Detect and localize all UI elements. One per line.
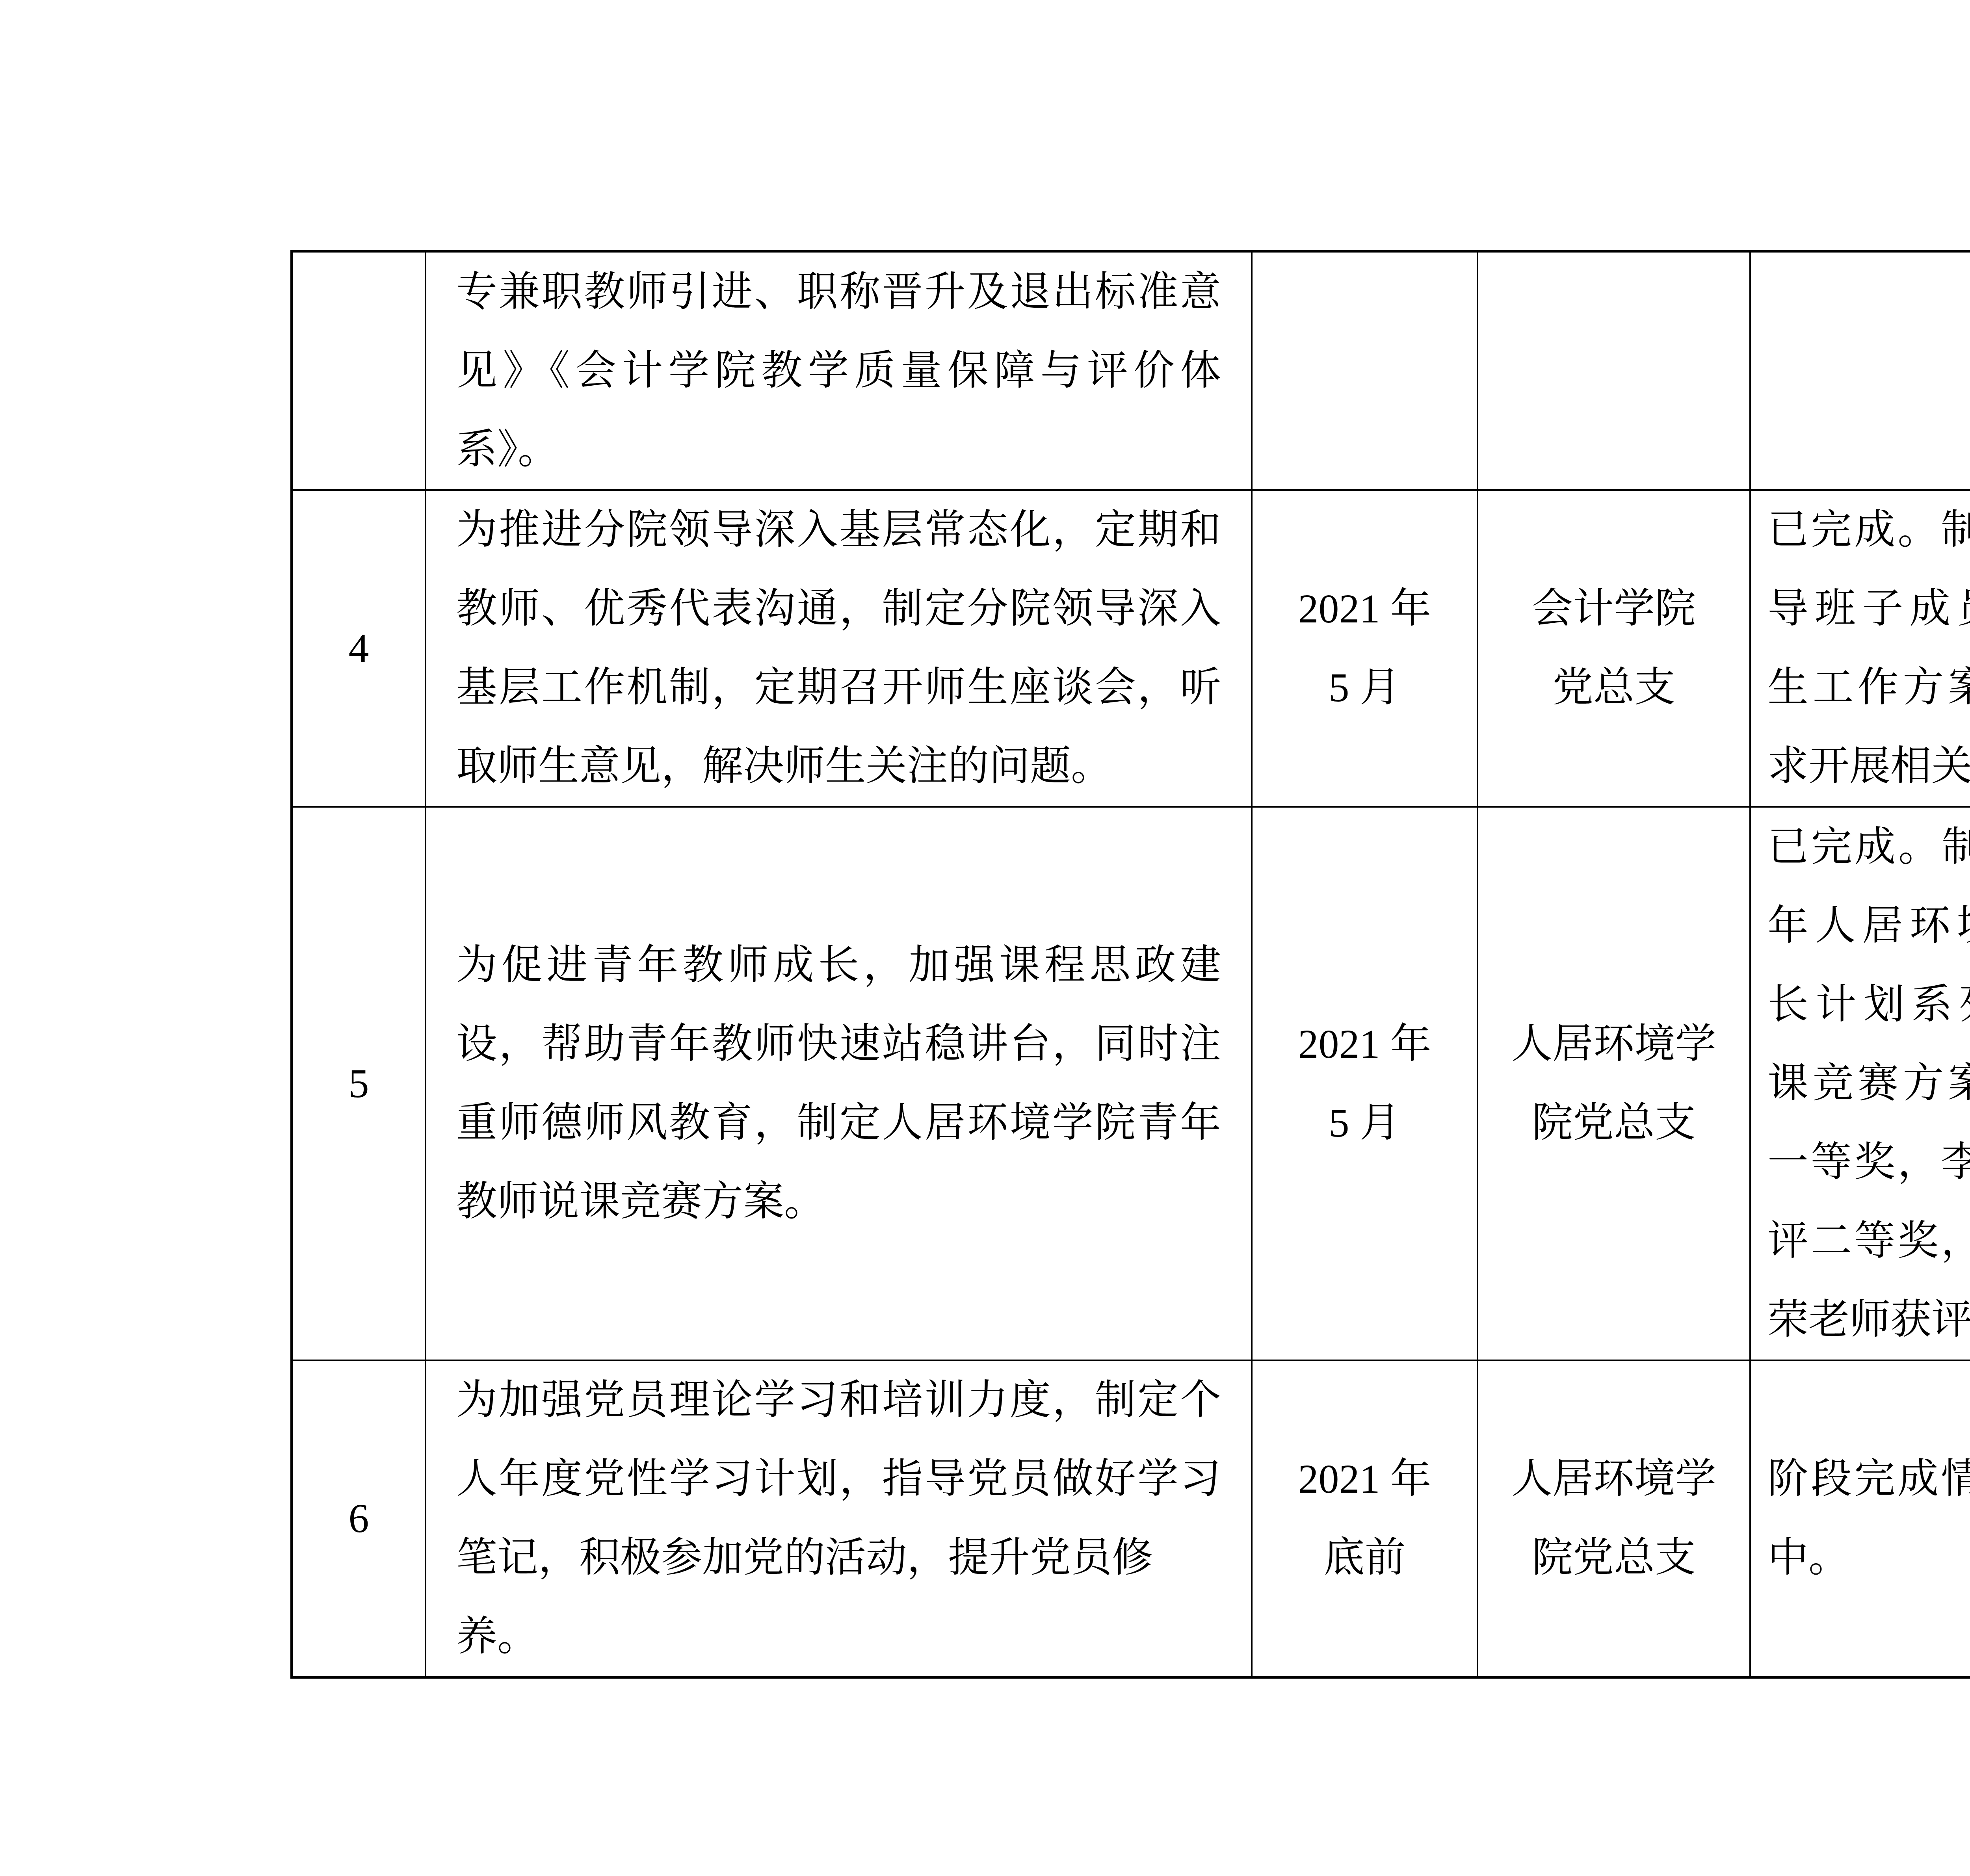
task-text: 为推进分院领导深入基层常态化，定期和教师、优秀代表沟通，制定分院领导深入基层工作… xyxy=(426,491,1251,806)
table-row: 专兼职教师引进、职称晋升及退出标准意见》《会计学院教学质量保障与评价体系》。 xyxy=(292,251,1970,490)
date-cell: 2021 年 5 月 xyxy=(1252,807,1477,1360)
department-text: 会计学院 党总支 xyxy=(1478,570,1749,727)
row-number-cell xyxy=(292,251,426,490)
task-text: 为促进青年教师成长，加强课程思政建设，帮助青年教师快速站稳讲台，同时注重师德师风… xyxy=(426,926,1251,1241)
department-cell xyxy=(1477,251,1750,490)
task-cell: 为促进青年教师成长，加强课程思政建设，帮助青年教师快速站稳讲台，同时注重师德师风… xyxy=(426,807,1252,1360)
table-row: 5 为促进青年教师成长，加强课程思政建设，帮助青年教师快速站稳讲台，同时注重师德… xyxy=(292,807,1970,1360)
row-number: 4 xyxy=(293,609,425,688)
task-cell: 为加强党员理论学习和培训力度，制定个人年度党性学习计划，指导党员做好学习笔记，积… xyxy=(426,1360,1252,1677)
date-text: 2021 年 5 月 xyxy=(1253,570,1477,727)
progress-table: 专兼职教师引进、职称晋升及退出标准意见》《会计学院教学质量保障与评价体系》。 4… xyxy=(290,250,1970,1679)
row-number-cell: 6 xyxy=(292,1360,426,1677)
date-text: 2021 年 5 月 xyxy=(1253,1005,1477,1163)
row-number: 5 xyxy=(293,1044,425,1123)
status-text: 已完成。制定了《会计学院领导班子成员深入基层联系师生工作方案》，并根据方案要求开… xyxy=(1751,491,1970,806)
status-text: 已完成。制订并实施了《2021年人居环境学院青年教师成长计划系列活动方案——说课… xyxy=(1751,808,1970,1360)
table-row: 6 为加强党员理论学习和培训力度，制定个人年度党性学习计划，指导党员做好学习笔记… xyxy=(292,1360,1970,1677)
task-cell: 为推进分院领导深入基层常态化，定期和教师、优秀代表沟通，制定分院领导深入基层工作… xyxy=(426,490,1252,807)
row-number: 6 xyxy=(293,1479,425,1558)
date-cell xyxy=(1252,251,1477,490)
date-text: 2021 年 底前 xyxy=(1253,1440,1477,1597)
date-cell: 2021 年 5 月 xyxy=(1252,490,1477,807)
department-cell: 会计学院 党总支 xyxy=(1477,490,1750,807)
task-text: 为加强党员理论学习和培训力度，制定个人年度党性学习计划，指导党员做好学习笔记，积… xyxy=(426,1361,1251,1676)
status-cell: 已完成。制订并实施了《2021年人居环境学院青年教师成长计划系列活动方案——说课… xyxy=(1750,807,1970,1360)
department-text: 人居环境学 院党总支 xyxy=(1478,1440,1749,1597)
status-cell: 阶段完成情况。正在有序推进中。 xyxy=(1750,1360,1970,1677)
department-text: 人居环境学 院党总支 xyxy=(1478,1005,1749,1163)
document-page: 专兼职教师引进、职称晋升及退出标准意见》《会计学院教学质量保障与评价体系》。 4… xyxy=(0,0,1970,1876)
status-cell: 已完成。制定了《会计学院领导班子成员深入基层联系师生工作方案》，并根据方案要求开… xyxy=(1750,490,1970,807)
status-text: 阶段完成情况。正在有序推进中。 xyxy=(1751,1440,1970,1597)
department-cell: 人居环境学 院党总支 xyxy=(1477,807,1750,1360)
task-text: 专兼职教师引进、职称晋升及退出标准意见》《会计学院教学质量保障与评价体系》。 xyxy=(426,253,1251,489)
table-row: 4 为推进分院领导深入基层常态化，定期和教师、优秀代表沟通，制定分院领导深入基层… xyxy=(292,490,1970,807)
row-number-cell: 5 xyxy=(292,807,426,1360)
task-cell: 专兼职教师引进、职称晋升及退出标准意见》《会计学院教学质量保障与评价体系》。 xyxy=(426,251,1252,490)
department-cell: 人居环境学 院党总支 xyxy=(1477,1360,1750,1677)
date-cell: 2021 年 底前 xyxy=(1252,1360,1477,1677)
row-number-cell: 4 xyxy=(292,490,426,807)
status-cell xyxy=(1750,251,1970,490)
